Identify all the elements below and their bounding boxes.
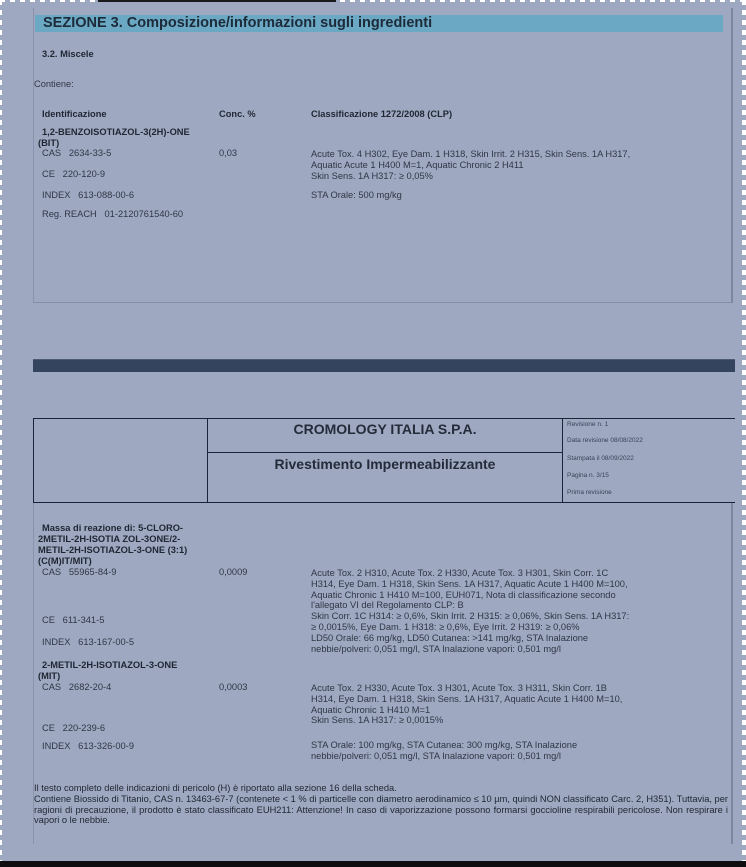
substance-name: (C(M)IT/MIT) (38, 556, 92, 567)
substance-name: 2METIL-2H-ISOTIA ZOL-3ONE/2- (38, 534, 180, 545)
sta-line: STA Orale: 100 mg/kg, STA Cutanea: 300 m… (311, 740, 711, 751)
page-number: Pagina n. 3/15 (567, 472, 609, 479)
header-classification: Classificazione 1272/2008 (CLP) (311, 109, 452, 120)
revision-date: Data revisione 08/08/2022 (567, 437, 643, 444)
classification-line: H314, Eye Dam. 1 H318, Skin Sens. 1A H31… (311, 694, 711, 705)
limit-line: Skin Corr. 1C H314: ≥ 0,6%, Skin Irrit. … (311, 611, 711, 622)
ce-number: CE 611-341-5 (42, 615, 104, 626)
footnote-titanium-text: Contiene Biossido di Titanio, CAS n. 134… (34, 794, 728, 826)
cas-number: CAS 2682-20-4 (42, 682, 111, 693)
header-concentration: Conc. % (219, 109, 256, 120)
page-separator (33, 359, 735, 372)
ce-number: CE 220-120-9 (42, 169, 105, 180)
classification-line: Aquatic Chronic 1 H410 M=100, EUH071, No… (311, 590, 711, 601)
bottom-edge-bar (0, 861, 746, 867)
substance-name: METIL-2H-ISOTIAZOL-3-ONE (3:1) (38, 545, 187, 556)
classification-line: Acute Tox. 2 H330, Acute Tox. 3 H301, Ac… (311, 683, 711, 694)
substance-name: 1,2-BENZOISOTIAZOL-3(2H)-ONE (42, 127, 190, 138)
classification-text: Acute Tox. 2 H330, Acute Tox. 3 H301, Ac… (311, 683, 711, 726)
index-number: INDEX 613-088-00-6 (42, 190, 134, 201)
classification-line: Skin Sens. 1A H317: ≥ 0,0015% (311, 715, 711, 726)
substance-name: 2-METIL-2H-ISOTIAZOL-3-ONE (42, 660, 177, 671)
header-divider (208, 452, 562, 453)
sta-line: LD50 Orale: 66 mg/kg, LD50 Cutanea: >141… (311, 633, 711, 644)
sta-line: nebbie/polveri: 0,051 mg/l, STA Inalazio… (311, 644, 711, 655)
reach-number: Reg. REACH 01-2120761540-60 (42, 209, 183, 220)
classification-line: Aquatic Chronic 1 H410 M=1 (311, 705, 711, 716)
concentration-value: 0,03 (219, 148, 237, 159)
classification-line: H314, Eye Dam. 1 H318, Skin Sens. 1A H31… (311, 579, 711, 590)
index-number: INDEX 613-326-00-9 (42, 741, 134, 752)
classification-line: Skin Sens. 1A H317: ≥ 0,05% (311, 171, 711, 182)
sta-text: STA Orale: 100 mg/kg, STA Cutanea: 300 m… (311, 740, 711, 762)
substance-name: (MIT) (38, 671, 60, 682)
frame-edge-right (742, 0, 746, 867)
company-name: CROMOLOGY ITALIA S.P.A. (208, 421, 562, 437)
limit-line: ≥ 0,0015%, Eye Dam. 1 H318: ≥ 0,6%, Eye … (311, 622, 711, 633)
first-revision: Prima revisione (567, 489, 612, 496)
header-identification: Identificazione (42, 109, 107, 120)
subsection-title: 3.2. Miscele (42, 49, 94, 60)
substance-name: Massa di reazione di: 5-CLORO- (42, 523, 183, 534)
ce-number: CE 220-239-6 (42, 723, 105, 734)
header-divider (562, 418, 563, 503)
classification-text: Acute Tox. 2 H310, Acute Tox. 2 H330, Ac… (311, 568, 711, 654)
classification-line: Aquatic Acute 1 H400 M=1, Aquatic Chroni… (311, 160, 711, 171)
revision-number: Revisione n. 1 (567, 421, 608, 428)
top-edge-bar (98, 0, 336, 2)
cas-number: CAS 2634-33-5 (42, 148, 111, 159)
footnote: Il testo completo delle indicazioni di p… (34, 783, 728, 826)
product-name: Rivestimento Impermeabilizzante (208, 456, 562, 472)
print-date: Stampata il 08/09/2022 (567, 455, 634, 462)
cas-number: CAS 55965-84-9 (42, 567, 116, 578)
concentration-value: 0,0003 (219, 682, 247, 693)
sta-line: nebbie/polveri: 0,051 mg/l, STA Inalazio… (311, 751, 711, 762)
footnote-hazard-text: Il testo completo delle indicazioni di p… (34, 783, 728, 794)
index-number: INDEX 613-167-00-5 (42, 637, 134, 648)
header-logo-cell (33, 418, 208, 503)
sta-value: STA Orale: 500 mg/kg (311, 190, 402, 201)
classification-line: l'allegato VI del Regolamento CLP: B (311, 600, 711, 611)
section-title: SEZIONE 3. Composizione/informazioni sug… (35, 15, 723, 32)
contains-label: Contiene: (34, 79, 74, 90)
classification-line: Acute Tox. 2 H310, Acute Tox. 2 H330, Ac… (311, 568, 711, 579)
concentration-value: 0,0009 (219, 567, 247, 578)
classification-text: Acute Tox. 4 H302, Eye Dam. 1 H318, Skin… (311, 149, 711, 181)
frame-edge-left (0, 0, 2, 867)
classification-line: Acute Tox. 4 H302, Eye Dam. 1 H318, Skin… (311, 149, 711, 160)
